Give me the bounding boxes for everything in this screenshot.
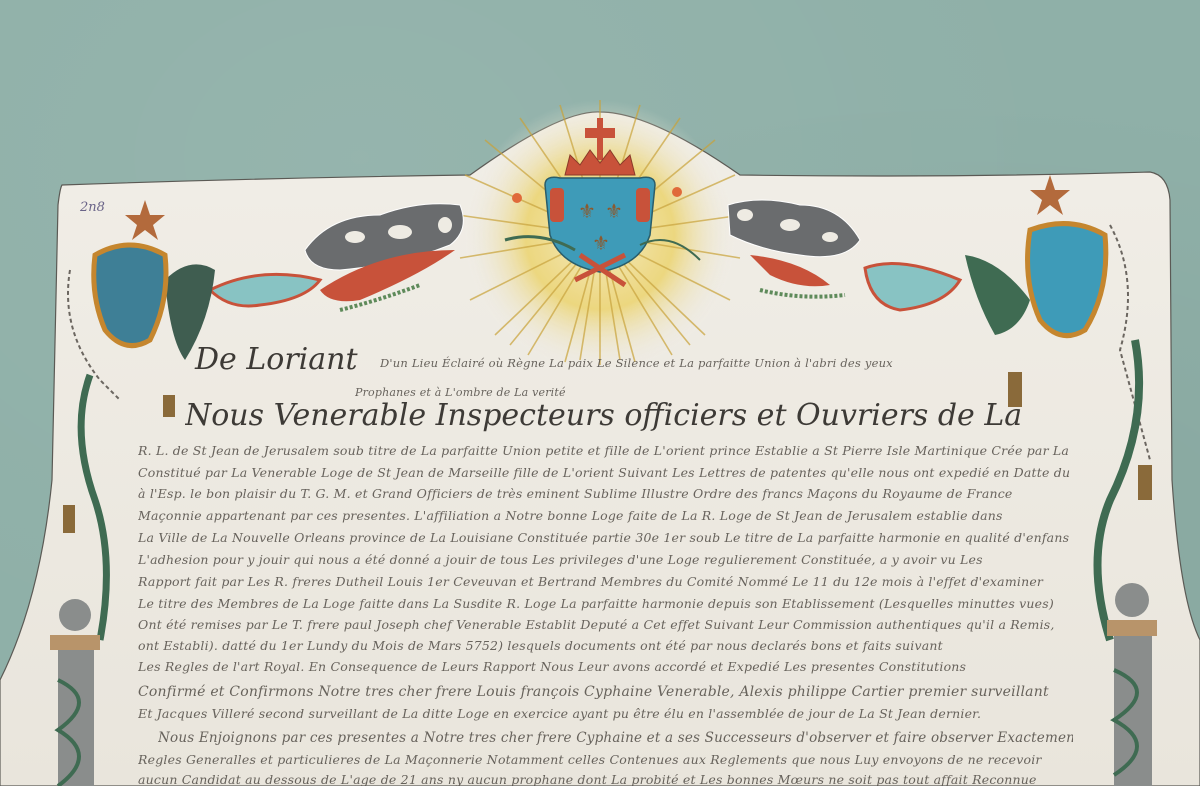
page-mark: 2n8 [80,200,105,215]
body-line-1: R. L. de St Jean de Jerusalem soub titre… [138,443,1073,458]
body-line-6: L'adhesion pour y jouir qui nous a été d… [138,552,1073,567]
body-line-2: Constitué par La Venerable Loge de St Je… [138,465,1073,480]
body-line-3: à l'Esp. le bon plaisir du T. G. M. et G… [138,486,1073,501]
heading-place-tail: D'un Lieu Éclairé où Règne La paix Le Si… [380,356,960,370]
body-line-10: ont Establi). datté du 1er Lundy du Mois… [138,638,1073,653]
body-line-5: La Ville de La Nouvelle Orleans province… [138,530,1073,545]
body-line-7: Rapport fait par Les R. freres Dutheil L… [138,574,1073,589]
body-line-8: Le titre des Membres de La Loge faitte d… [138,596,1073,611]
body-line-15: Regles Generalles et particulieres de La… [138,752,1073,767]
manuscript-text: 2n8 De Loriant D'un Lieu Éclairé où Règn… [0,0,1200,786]
body-line-9: Ont été remises par Le T. frere paul Jos… [138,617,1073,632]
body-line-11: Les Regles de l'art Royal. En Consequenc… [138,659,1073,674]
heading-title: Nous Venerable Inspecteurs officiers et … [185,398,1085,433]
body-line-13: Et Jacques Villeré second surveillant de… [138,706,1073,721]
body-line-12: Confirmé et Confirmons Notre tres cher f… [138,684,1073,700]
body-line-16: aucun Candidat au dessous de L'age de 21… [138,772,1073,786]
body-line-14: Nous Enjoignons par ces presentes a Notr… [158,730,1073,746]
heading-place: De Loriant [195,342,358,377]
body-line-4: Maçonnie appartenant par ces presentes. … [138,508,1073,523]
